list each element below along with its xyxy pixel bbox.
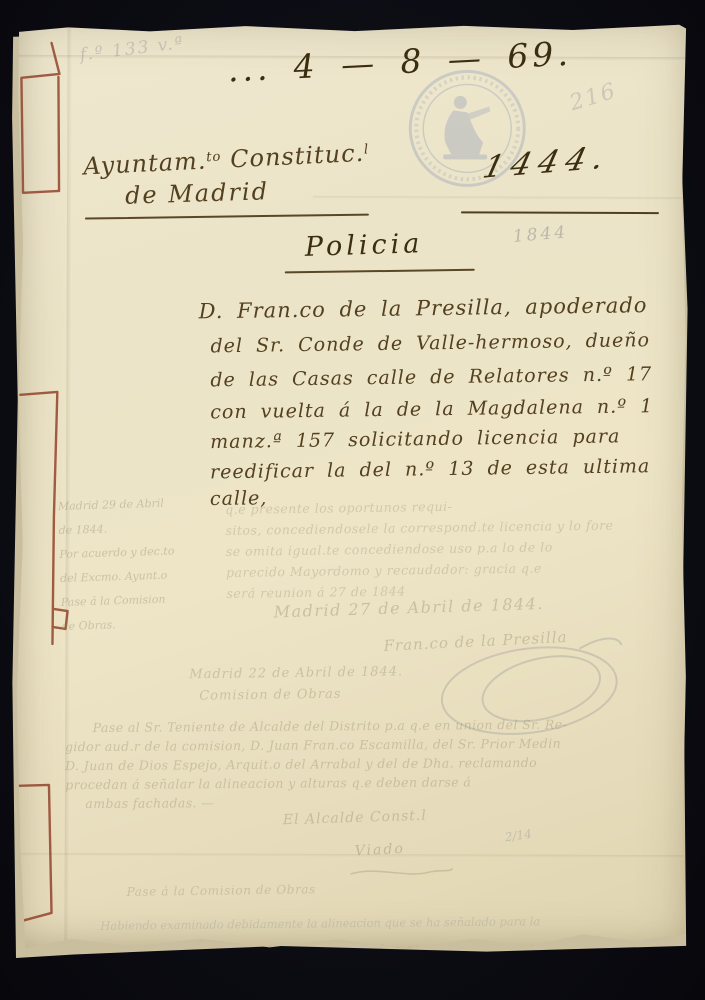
petition-line: D. Fran.co de la Presilla, apoderado: [198, 293, 647, 323]
letterhead-line1: Ayuntam.to Constituc.l: [83, 139, 370, 181]
pencil-number-top-right: 216: [567, 78, 620, 116]
manuscript-page: f.º 133 v.ª ... 4 — 8 — 69. 216 Ayuntam.…: [10, 17, 695, 959]
signature-rubric-icon: [347, 862, 457, 880]
margin-note-line: Por acuerdo y dec.to: [59, 539, 175, 567]
commission-org: Comision de Obras: [199, 687, 341, 704]
archive-scan-background: { "corner": { "folio_note": "f.º 133 v.ª…: [0, 0, 705, 1000]
petition-line: de las Casas calle de Relatores n.º 17: [210, 363, 652, 391]
petition-line: reedificar la del n.º 13 de esta ultima: [210, 455, 651, 483]
margin-note-line: del Excmo. Ayunt.o: [60, 563, 176, 591]
bleedthrough-text: q.e presente los oportunos requi- sitos,…: [225, 494, 614, 604]
commission-closing: El Alcalde Const.l: [283, 808, 427, 829]
red-binding-thread-icon: [10, 17, 83, 957]
commission-signature: Viado: [354, 841, 405, 859]
petition-line: del Sr. Conde de Valle-hermoso, dueño: [210, 329, 650, 357]
upper-right-crease: [313, 196, 693, 200]
footer-heading: Pase á la Comision de Obras: [127, 882, 316, 899]
letterhead-underline: [85, 214, 369, 220]
pencil-fraction-note: 2/14: [504, 827, 533, 845]
margin-note-line: de Obras.: [61, 611, 177, 639]
binding-fold-crease: [64, 17, 72, 957]
petition-line: con vuelta á la de la Magdalena n.º 1: [210, 395, 653, 423]
pencil-year-note: 1844: [512, 222, 569, 247]
lower-crease: [11, 853, 693, 858]
margin-note-line: Madrid 29 de Abril: [57, 491, 173, 519]
section-title: Policia: [304, 228, 423, 263]
letterhead-org-sup: to: [206, 150, 222, 166]
letterhead-org2-sup: l: [364, 142, 370, 157]
letterhead-org2: Constituc.: [221, 139, 365, 174]
file-number-rule: [461, 211, 659, 214]
margin-note-line: Pase á la Comision: [61, 587, 177, 615]
commission-body: Pase al Sr. Teniente de Alcalde del Dist…: [65, 714, 678, 813]
letterhead-place: de Madrid: [125, 177, 270, 210]
letterhead-org: Ayuntam.: [83, 147, 207, 181]
folio-number-note: f.º 133 v.ª: [79, 33, 186, 65]
margin-annotation: Madrid 29 de Abril de 1844. Por acuerdo …: [57, 491, 176, 639]
petition-line: manz.ª 157 solicitando licencia para: [210, 425, 620, 453]
commission-date: Madrid 22 de Abril de 1844.: [189, 664, 403, 682]
margin-note-line: de 1844.: [58, 515, 174, 543]
section-title-underline: [285, 269, 475, 274]
